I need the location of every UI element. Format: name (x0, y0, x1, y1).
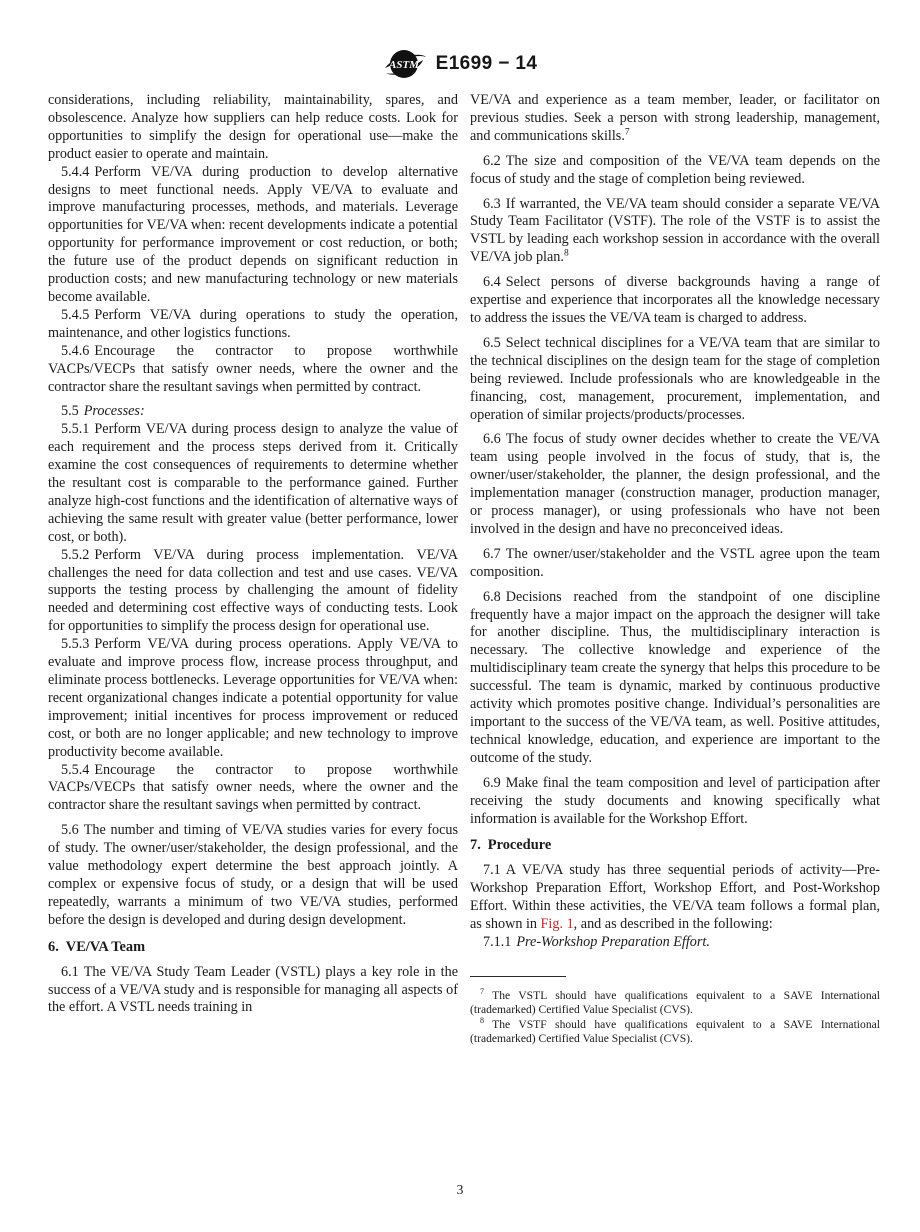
para-5-4-6: 5.4.6Encourage the contractor to propose… (48, 343, 458, 397)
right-column: VE/VA and experience as a team member, l… (470, 92, 880, 1047)
footnote-7: 7 The VSTL should have qualifications eq… (470, 989, 880, 1018)
document-page: ASTM E1699 − 14 considerations, includin… (0, 0, 920, 1232)
fig-1-link[interactable]: Fig. 1 (541, 916, 574, 932)
para-5-4-4: 5.4.4Perform VE/VA during production to … (48, 164, 458, 307)
para-6-3: 6.3If warranted, the VE/VA team should c… (470, 196, 880, 268)
para-5-5-1: 5.5.1Perform VE/VA during process design… (48, 421, 458, 546)
footnote-8: 8 The VSTF should have qualifications eq… (470, 1018, 880, 1047)
para-5-6: 5.6The number and timing of VE/VA studie… (48, 822, 458, 929)
para-5-5-2: 5.5.2Perform VE/VA during process implem… (48, 547, 458, 637)
para-7-1-1: 7.1.1Pre-Workshop Preparation Effort. (470, 934, 880, 952)
para-5-5-3: 5.5.3Perform VE/VA during process operat… (48, 636, 458, 761)
para-continuation-left: considerations, including reliability, m… (48, 92, 458, 164)
left-column: considerations, including reliability, m… (48, 92, 458, 1047)
para-6-1: 6.1The VE/VA Study Team Leader (VSTL) pl… (48, 964, 458, 1018)
document-body: considerations, including reliability, m… (48, 92, 880, 1047)
footnote-ref-8: 8 (564, 249, 569, 259)
para-6-5: 6.5Select technical disciplines for a VE… (470, 335, 880, 425)
footnote-7-marker: 7 (480, 987, 484, 996)
para-5-5: 5.5Processes: (48, 403, 458, 421)
page-number: 3 (0, 1182, 920, 1198)
para-6-4: 6.4Select persons of diverse backgrounds… (470, 274, 880, 328)
astm-logo-icon: ASTM (383, 48, 427, 80)
para-continuation-right: VE/VA and experience as a team member, l… (470, 92, 880, 146)
document-code: E1699 − 14 (436, 53, 538, 75)
section-heading-6: 6.VE/VA Team (48, 939, 458, 957)
para-6-9: 6.9Make final the team composition and l… (470, 775, 880, 829)
footnote-divider (470, 976, 566, 977)
para-5-5-4: 5.5.4Encourage the contractor to propose… (48, 762, 458, 816)
para-7-1: 7.1A VE/VA study has three sequential pe… (470, 862, 880, 934)
section-heading-7: 7.Procedure (470, 837, 880, 855)
page-header: ASTM E1699 − 14 (0, 48, 920, 80)
para-5-4-5: 5.4.5Perform VE/VA during operations to … (48, 307, 458, 343)
astm-logo-text: ASTM (388, 59, 420, 71)
footnote-ref-7: 7 (625, 127, 630, 137)
footnote-8-marker: 8 (480, 1016, 484, 1025)
para-6-7: 6.7The owner/user/stakeholder and the VS… (470, 546, 880, 582)
para-6-6: 6.6The focus of study owner decides whet… (470, 431, 880, 538)
para-6-8: 6.8Decisions reached from the standpoint… (470, 589, 880, 768)
para-6-2: 6.2The size and composition of the VE/VA… (470, 153, 880, 189)
footnotes-block: 7 The VSTL should have qualifications eq… (470, 976, 880, 1047)
